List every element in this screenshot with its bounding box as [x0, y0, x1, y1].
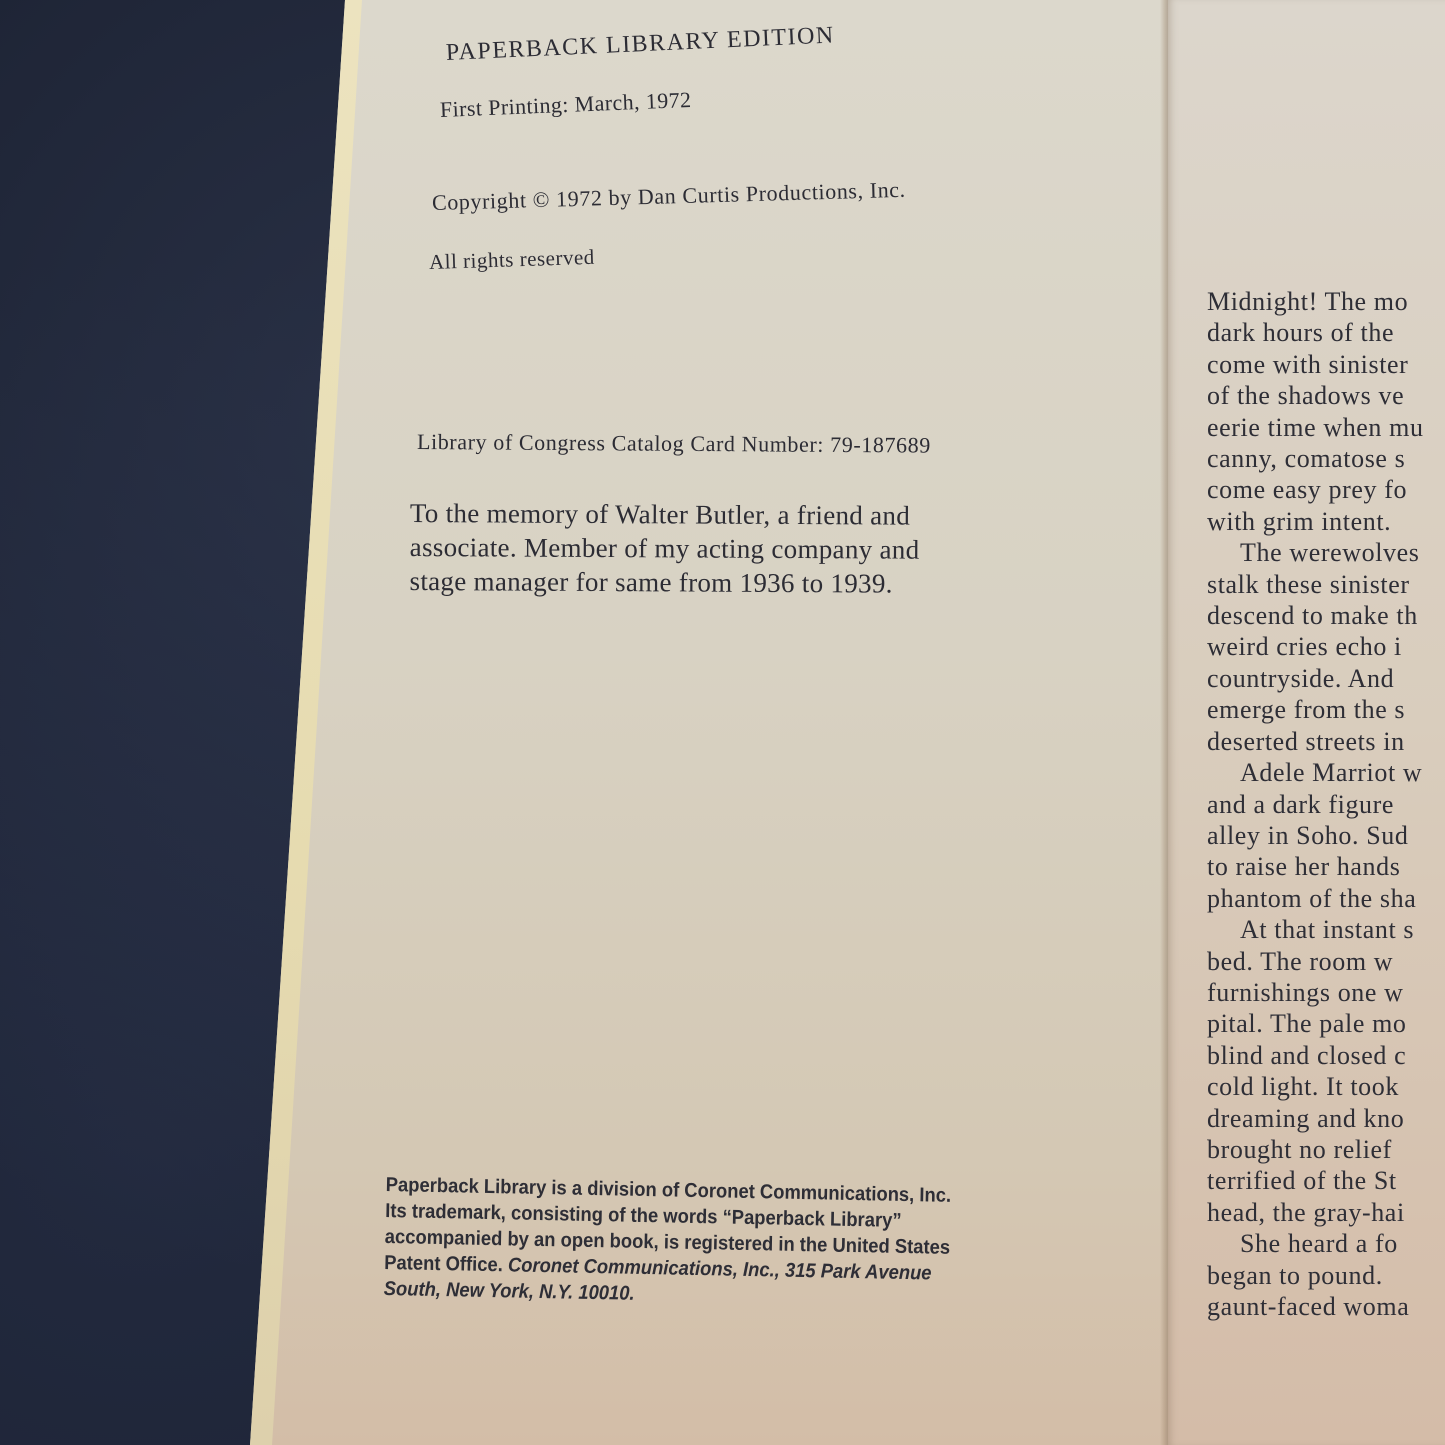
- text-line: furnishings one w: [1207, 977, 1445, 1008]
- text-line: dreaming and kno: [1207, 1103, 1445, 1134]
- text-line: Midnight! The mo: [1207, 286, 1445, 317]
- text-line: The werewolves: [1207, 537, 1445, 568]
- text-line: stalk these sinister: [1207, 569, 1445, 600]
- text-line: cold light. It took: [1207, 1071, 1445, 1102]
- text-line: phantom of the sha: [1207, 883, 1445, 914]
- publisher-imprint: Paperback Library is a division of Coron…: [384, 1172, 1122, 1316]
- text-line: come easy prey fo: [1207, 474, 1445, 505]
- text-line: of the shadows ve: [1207, 380, 1445, 411]
- text-line: began to pound.: [1207, 1260, 1445, 1291]
- dedication: To the memory of Walter Butler, a friend…: [409, 496, 1060, 601]
- text-line: Adele Marriot w: [1207, 757, 1445, 788]
- catalog-card-number: Library of Congress Catalog Card Number:…: [417, 429, 931, 459]
- copyright-notice: Copyright © 1972 by Dan Curtis Productio…: [432, 177, 906, 216]
- text-line: head, the gray-hai: [1207, 1197, 1445, 1228]
- text-line: pital. The pale mo: [1207, 1008, 1445, 1039]
- text-line: blind and closed c: [1207, 1040, 1445, 1071]
- text-line: She heard a fo: [1207, 1228, 1445, 1259]
- dedication-line: stage manager for same from 1936 to 1939…: [409, 564, 1059, 601]
- text-line: to raise her hands: [1207, 851, 1445, 882]
- text-line: with grim intent.: [1207, 506, 1445, 537]
- text-line: eerie time when mu: [1207, 412, 1445, 443]
- edition-heading: PAPERBACK LIBRARY EDITION: [445, 22, 835, 67]
- story-text: Midnight! The mo dark hours of the come …: [1207, 286, 1445, 1322]
- text-line: bed. The room w: [1207, 946, 1445, 977]
- text-line: brought no relief: [1207, 1134, 1445, 1165]
- text-line: and a dark figure: [1207, 789, 1445, 820]
- text-line: emerge from the s: [1207, 694, 1445, 725]
- rights-notice: All rights reserved: [429, 245, 596, 275]
- text-line: deserted streets in: [1207, 726, 1445, 757]
- dedication-line: associate. Member of my acting company a…: [410, 530, 1060, 567]
- text-line: weird cries echo i: [1207, 631, 1445, 662]
- text-line: come with sinister: [1207, 349, 1445, 380]
- text-line: terrified of the St: [1207, 1165, 1445, 1196]
- text-line: At that instant s: [1207, 914, 1445, 945]
- text-line: countryside. And: [1207, 663, 1445, 694]
- text-line: canny, comatose s: [1207, 443, 1445, 474]
- text-line: descend to make th: [1207, 600, 1445, 631]
- dedication-line: To the memory of Walter Butler, a friend…: [410, 496, 1060, 533]
- text-line: alley in Soho. Sud: [1207, 820, 1445, 851]
- imprint-patent: Patent Office.: [384, 1252, 503, 1276]
- text-line: gaunt-faced woma: [1207, 1291, 1445, 1322]
- text-line: dark hours of the: [1207, 317, 1445, 348]
- printing-date: First Printing: March, 1972: [439, 87, 691, 123]
